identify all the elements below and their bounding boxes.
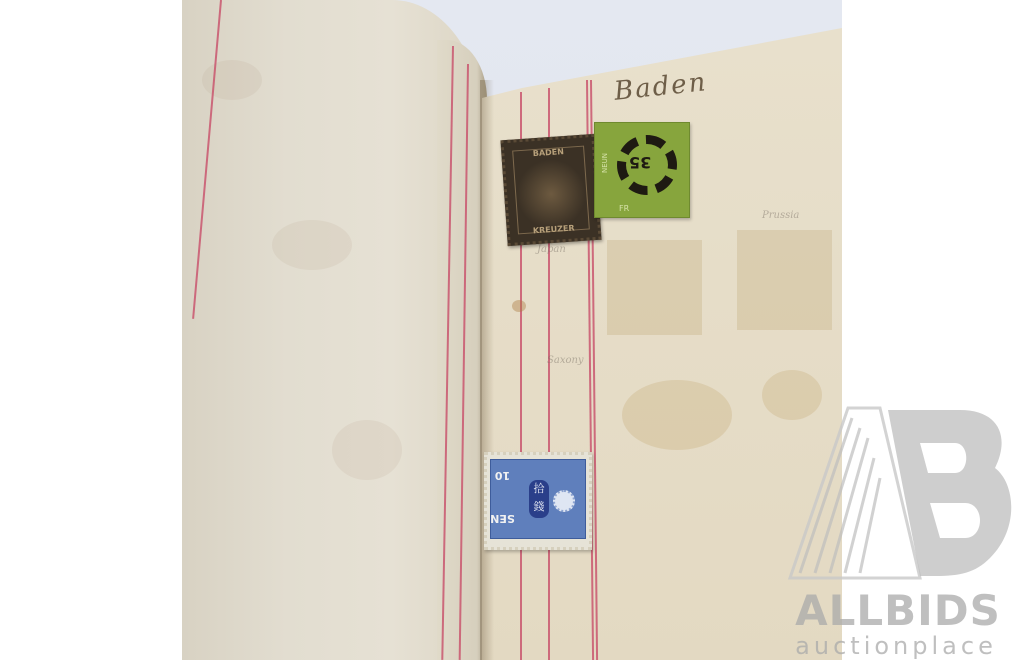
foxing-spot xyxy=(512,300,526,312)
stamp-mount-mark xyxy=(607,240,702,335)
stain xyxy=(332,420,402,480)
stamp-japan-10-sen: 10 SEN 拾錢 xyxy=(484,452,592,550)
stamp-side-text: NEUN xyxy=(601,153,609,173)
allbids-watermark: ALLBIDS auctionplace xyxy=(770,398,1024,660)
stamp-mount-mark xyxy=(737,230,832,330)
ab-logo-icon xyxy=(770,398,1024,588)
album-photo: Baden Japan Saxony Prussia BADEN KREUZER… xyxy=(182,0,842,660)
watermark-brand: ALLBIDS xyxy=(778,586,1018,635)
pencil-note: Saxony xyxy=(547,355,584,366)
foxing-spot xyxy=(622,380,732,450)
stamp-baden-black: BADEN KREUZER xyxy=(500,134,601,246)
stamp-value: 10 xyxy=(495,469,510,482)
stamp-bottom-text: FR xyxy=(619,204,629,213)
stamp-currency: SEN xyxy=(490,512,515,525)
chrysanthemum-icon xyxy=(553,490,575,512)
pencil-note: Prussia xyxy=(762,210,799,221)
stamp-baden-green: NEUN 35 FR xyxy=(594,122,690,218)
watermark-tagline: auctionplace xyxy=(776,632,1016,660)
pencil-note: Japan xyxy=(537,244,566,255)
stain xyxy=(272,220,352,270)
stamp-design xyxy=(512,146,590,235)
stamp-kanji: 拾錢 xyxy=(529,480,549,518)
gutter-shadow xyxy=(480,80,494,660)
cancel-number: 35 xyxy=(629,153,651,172)
stamp-design: 10 SEN 拾錢 xyxy=(490,459,586,539)
